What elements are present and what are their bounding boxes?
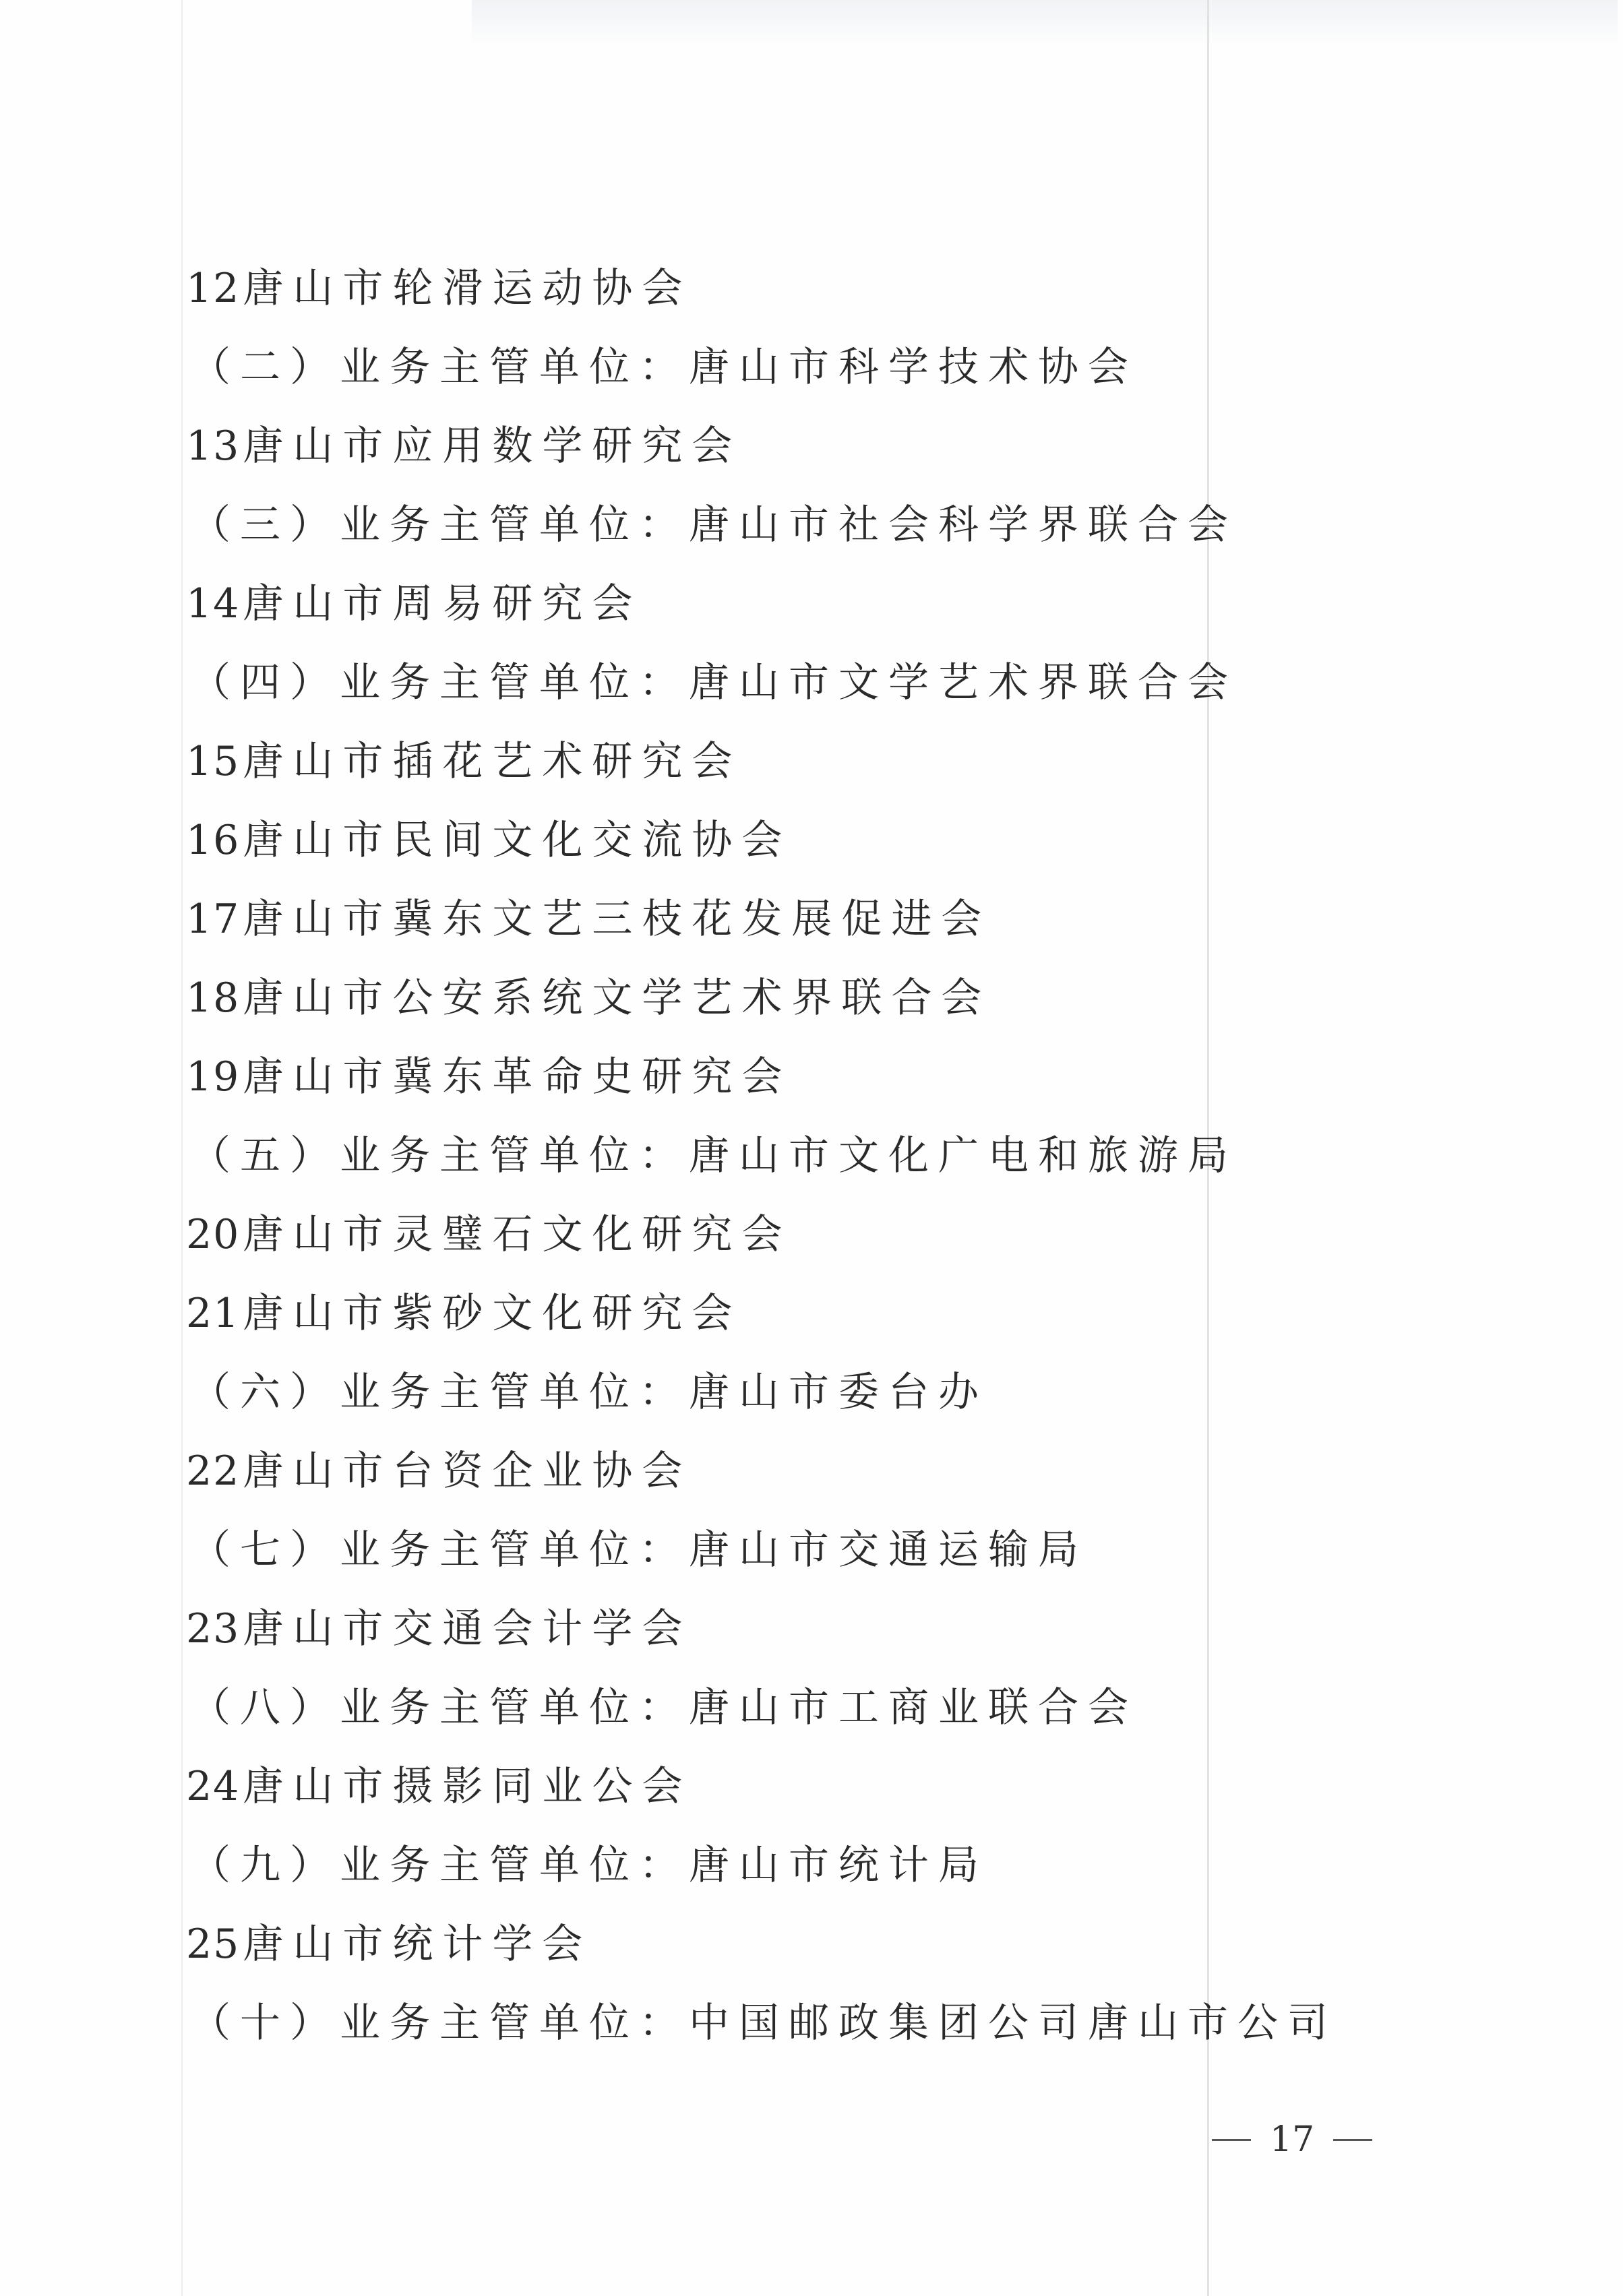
item-text: 唐山市摄影同业公会 [243, 1763, 692, 1810]
item-number: 15 [186, 738, 240, 785]
section-heading: （二）业务主管单位：唐山市科学技术协会 [186, 328, 1237, 407]
item-text: 唐山市冀东革命史研究会 [243, 1053, 791, 1100]
item-text: 唐山市插花艺术研究会 [243, 738, 741, 785]
item-number: 24 [186, 1763, 240, 1810]
organization-list: 12唐山市轮滑运动协会 （二）业务主管单位：唐山市科学技术协会 13唐山市应用数… [186, 249, 1237, 2063]
list-item: 21唐山市紫砂文化研究会 [186, 1274, 1237, 1353]
document-page: 12唐山市轮滑运动协会 （二）业务主管单位：唐山市科学技术协会 13唐山市应用数… [0, 0, 1623, 2296]
item-number: 20 [186, 1211, 240, 1258]
item-number: 12 [186, 265, 240, 312]
item-text: 唐山市轮滑运动协会 [243, 265, 692, 312]
page-number: 17 [1270, 2119, 1314, 2160]
list-item: 12唐山市轮滑运动协会 [186, 249, 1237, 328]
section-heading: （十）业务主管单位：中国邮政集团公司唐山市公司 [186, 1984, 1237, 2063]
list-item: 16唐山市民间文化交流协会 [186, 801, 1237, 880]
section-heading: （三）业务主管单位：唐山市社会科学界联合会 [186, 486, 1237, 565]
item-number: 18 [186, 974, 240, 1022]
item-number: 14 [186, 580, 240, 627]
item-text: 唐山市民间文化交流协会 [243, 817, 791, 864]
list-item: 20唐山市灵璧石文化研究会 [186, 1196, 1237, 1274]
item-number: 16 [186, 817, 240, 864]
item-text: 唐山市灵璧石文化研究会 [243, 1211, 791, 1258]
item-text: 唐山市冀东文艺三枝花发展促进会 [243, 896, 991, 943]
dash-left [1212, 2139, 1251, 2141]
list-item: 15唐山市插花艺术研究会 [186, 722, 1237, 801]
item-text: 唐山市台资企业协会 [243, 1448, 692, 1495]
item-number: 22 [186, 1448, 240, 1495]
item-text: 唐山市周易研究会 [243, 580, 642, 627]
item-number: 23 [186, 1605, 240, 1652]
section-heading: （八）业务主管单位：唐山市工商业联合会 [186, 1669, 1237, 1747]
item-number: 25 [186, 1921, 240, 1968]
item-number: 17 [186, 896, 240, 943]
list-item: 19唐山市冀东革命史研究会 [186, 1038, 1237, 1117]
list-item: 18唐山市公安系统文学艺术界联合会 [186, 959, 1237, 1038]
list-item: 25唐山市统计学会 [186, 1905, 1237, 1984]
section-heading: （五）业务主管单位：唐山市文化广电和旅游局 [186, 1117, 1237, 1196]
list-item: 13唐山市应用数学研究会 [186, 407, 1237, 486]
item-text: 唐山市统计学会 [243, 1921, 592, 1968]
item-number: 19 [186, 1053, 240, 1100]
scan-smudge [472, 0, 1618, 47]
section-heading: （六）业务主管单位：唐山市委台办 [186, 1353, 1237, 1432]
dash-right [1333, 2139, 1372, 2141]
item-text: 唐山市交通会计学会 [243, 1605, 692, 1652]
item-text: 唐山市公安系统文学艺术界联合会 [243, 974, 991, 1022]
item-text: 唐山市应用数学研究会 [243, 423, 741, 470]
section-heading: （九）业务主管单位：唐山市统计局 [186, 1826, 1237, 1905]
section-heading: （七）业务主管单位：唐山市交通运输局 [186, 1511, 1237, 1590]
section-heading: （四）业务主管单位：唐山市文学艺术界联合会 [186, 644, 1237, 722]
page-number-footer: 17 [1212, 2119, 1387, 2160]
item-text: 唐山市紫砂文化研究会 [243, 1290, 741, 1337]
scan-edge-line-left [181, 0, 183, 2296]
item-number: 21 [186, 1290, 240, 1337]
list-item: 22唐山市台资企业协会 [186, 1432, 1237, 1511]
list-item: 17唐山市冀东文艺三枝花发展促进会 [186, 880, 1237, 959]
list-item: 24唐山市摄影同业公会 [186, 1747, 1237, 1826]
list-item: 23唐山市交通会计学会 [186, 1590, 1237, 1669]
list-item: 14唐山市周易研究会 [186, 565, 1237, 644]
item-number: 13 [186, 423, 240, 470]
